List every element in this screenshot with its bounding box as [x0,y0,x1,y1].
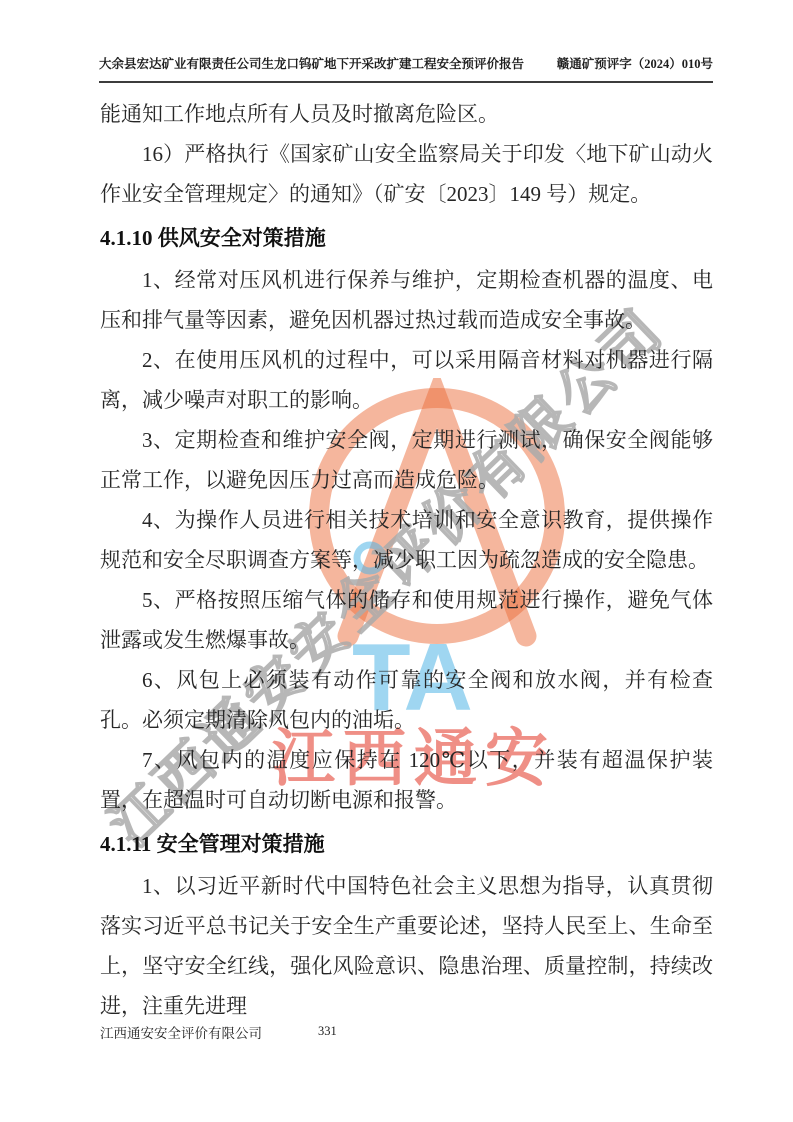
document-body: 能通知工作地点所有人员及时撤离危险区。16）严格执行《国家矿山安全监察局关于印发… [100,94,713,1026]
header-doc-number: 赣通矿预评字（2024）010号 [557,54,713,72]
footer-page-number: 331 [318,1024,337,1039]
paragraph: 7、风包内的温度应保持在 120℃以下，并装有超温保护装置，在超温时可自动切断电… [100,740,713,820]
paragraph: 5、严格按照压缩气体的储存和使用规范进行操作，避免气体泄露或发生燃爆事故。 [100,580,713,660]
section-heading: 4.1.11 安全管理对策措施 [100,824,713,864]
document-page: 大余县宏达矿业有限责任公司生龙口钨矿地下开采改扩建工程安全预评价报告 赣通矿预评… [0,0,793,1122]
paragraph: 1、经常对压风机进行保养与维护，定期检查机器的温度、电压和排气量等因素，避免因机… [100,260,713,340]
paragraph: 6、风包上必须装有动作可靠的安全阀和放水阀，并有检查孔。必须定期清除风包内的油垢… [100,660,713,740]
paragraph: 3、定期检查和维护安全阀，定期进行测试，确保安全阀能够正常工作，以避免因压力过高… [100,420,713,500]
footer-company-name: 江西通安安全评价有限公司 [100,1022,262,1042]
paragraph: 4、为操作人员进行相关技术培训和安全意识教育，提供操作规范和安全尽职调查方案等，… [100,500,713,580]
paragraph: 能通知工作地点所有人员及时撤离危险区。 [100,94,713,134]
header-report-title: 大余县宏达矿业有限责任公司生龙口钨矿地下开采改扩建工程安全预评价报告 [99,54,524,72]
paragraph: 1、以习近平新时代中国特色社会主义思想为指导，认真贯彻落实习近平总书记关于安全生… [100,866,713,1026]
section-heading: 4.1.10 供风安全对策措施 [100,218,713,258]
paragraph: 2、在使用压风机的过程中，可以采用隔音材料对机器进行隔离，减少噪声对职工的影响。 [100,340,713,420]
paragraph: 16）严格执行《国家矿山安全监察局关于印发〈地下矿山动火作业安全管理规定〉的通知… [100,134,713,214]
page-header: 大余县宏达矿业有限责任公司生龙口钨矿地下开采改扩建工程安全预评价报告 赣通矿预评… [99,54,713,83]
